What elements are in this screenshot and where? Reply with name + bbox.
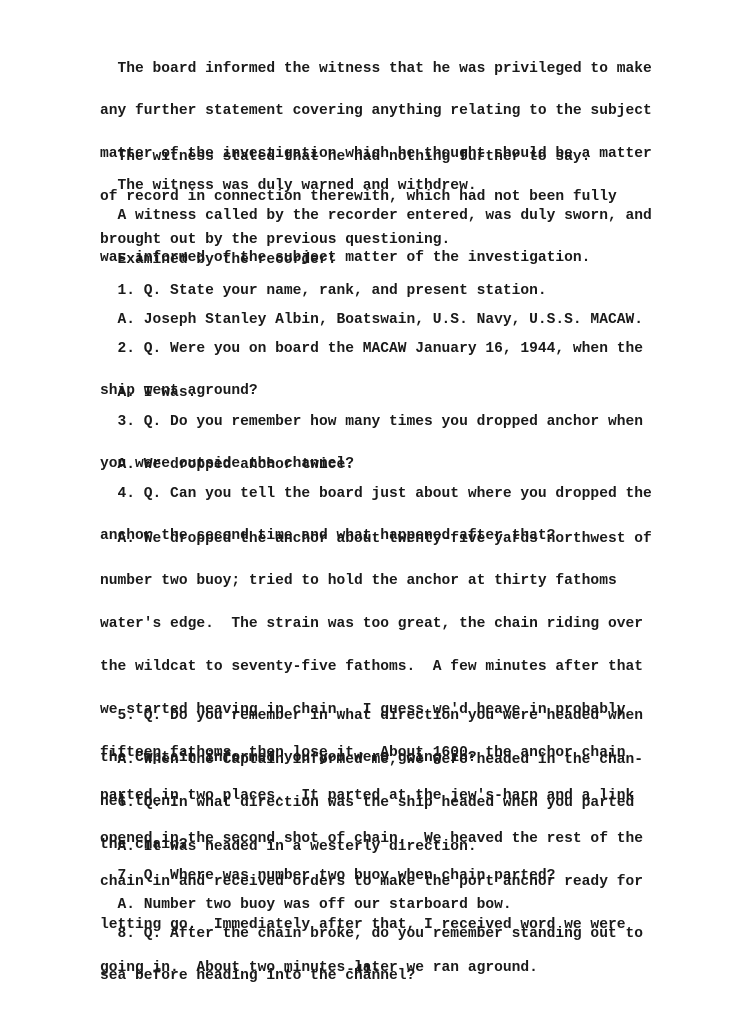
document-page: The board informed the witness that he w… [0, 0, 744, 1024]
text-line: 8. Q. After the chain broke, do you reme… [100, 927, 643, 941]
text-line: 6. Q. In what direction was the ship hea… [100, 796, 634, 810]
text-line: 4. Q. Can you tell the board just about … [100, 487, 652, 501]
question-8: 8. Q. After the chain broke, do you reme… [100, 898, 643, 1012]
text-line: 3. Q. Do you remember how many times you… [100, 415, 643, 429]
text-line: 2. Q. Were you on board the MACAW Januar… [100, 342, 643, 356]
text-line: number two buoy; tried to hold the ancho… [100, 574, 652, 588]
text-line: A. We dropped the anchor about twenty-fi… [100, 532, 652, 546]
text-line: the wildcat to seventy-five fathoms. A f… [100, 660, 652, 674]
text-line: 5. Q. Do you remember in what direction … [100, 709, 643, 723]
page-number: -41- [0, 962, 726, 978]
text-line: water's edge. The strain was too great, … [100, 617, 652, 631]
text-line: The board informed the witness that he w… [100, 62, 652, 76]
text-line: any further statement covering anything … [100, 104, 652, 118]
text-line: A. When the Captain informed me, we were… [100, 753, 643, 767]
text-line: A witness called by the recorder entered… [100, 209, 652, 223]
